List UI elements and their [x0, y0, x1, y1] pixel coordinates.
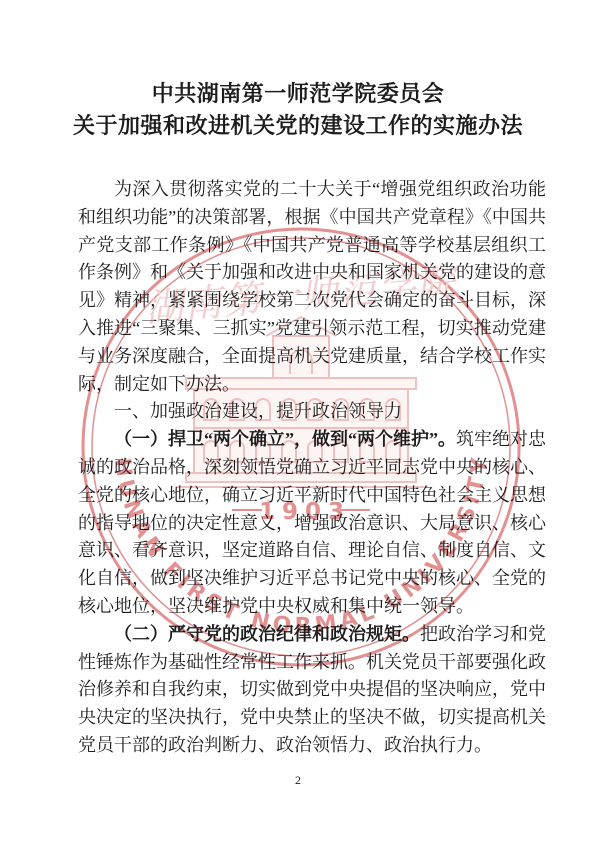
document-title-line-2: 关于加强和改进机关党的建设工作的实施办法 [0, 110, 596, 142]
text-run: （二）严守党的政治纪律和政治规矩。 [114, 624, 420, 644]
document-content: 为深入贯彻落实党的二十大关于“增强党组织政治功能和组织功能”的决策部署，根据《中… [78, 176, 546, 760]
document-title-line-1: 中共湖南第一师范学院委员会 [0, 78, 596, 110]
section-heading: 一、加强政治建设，提升政治领导力 [78, 398, 546, 426]
text-run: 筑牢绝对忠诚的政治品格，深刻领悟党确立习近平同志党中央的核心、全党的核心地位，确… [78, 429, 546, 616]
paragraph: 为深入贯彻落实党的二十大关于“增强党组织政治功能和组织功能”的决策部署，根据《中… [78, 176, 546, 398]
document-page: 湖南第一师范学院 [0, 0, 596, 842]
text-run: （一）捍卫“两个确立”，做到“两个维护”。 [114, 429, 456, 449]
document-title: 中共湖南第一师范学院委员会 关于加强和改进机关党的建设工作的实施办法 [0, 78, 596, 142]
paragraph: （一）捍卫“两个确立”，做到“两个维护”。筑牢绝对忠诚的政治品格，深刻领悟党确立… [78, 426, 546, 621]
text-run: 为深入贯彻落实党的二十大关于“增强党组织政治功能和组织功能”的决策部署，根据《中… [78, 179, 546, 394]
text-run: 一、加强政治建设，提升政治领导力 [114, 401, 402, 421]
paragraph: （二）严守党的政治纪律和政治规矩。把政治学习和党性锤炼作为基础性经常性工作来抓。… [78, 621, 546, 760]
page-number: 2 [0, 773, 596, 788]
